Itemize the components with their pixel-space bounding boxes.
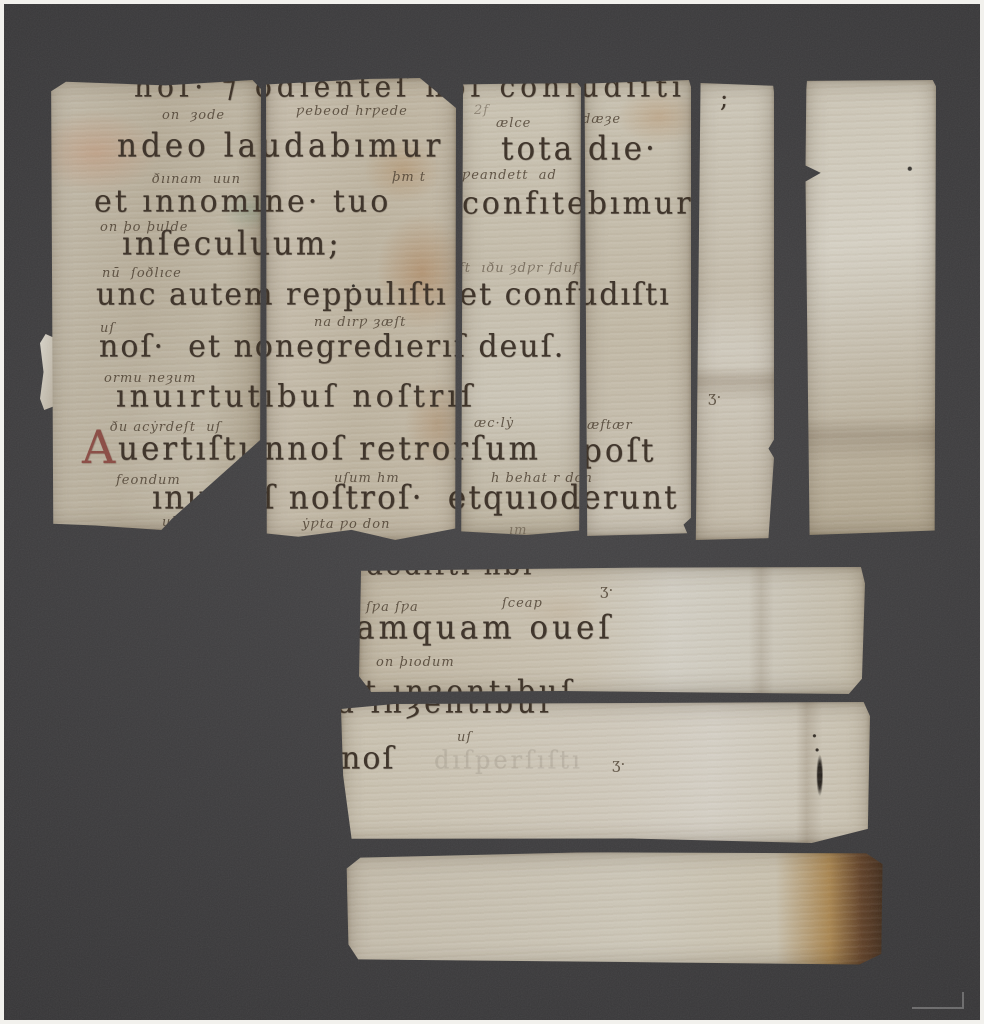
latin-psalter-text: unc autem reppulıſtı et confudıſtı [96, 278, 261, 311]
latin-psalter-text: ınımıoſ noſtroſ· etquıoderunt [584, 481, 679, 515]
latin-psalter-text: unc autem reppulıſtı et confudıſtı [584, 278, 671, 311]
latin-psalter-text: ınuırtutıbuſ noſtrıſ [116, 380, 261, 413]
latin-psalter-text: ınſeculuum; [122, 227, 261, 261]
old-english-gloss-text: æc·lẏ [474, 416, 514, 431]
latin-psalter-text: a ınȝentıbuſ [341, 702, 553, 718]
punctuation-mark: ʒ· [612, 755, 625, 773]
latin-psalter-text: amquam oueſ [359, 611, 614, 645]
latin-psalter-text: noſ· ⁊ odıenteſ noſ confudıſtı [460, 83, 581, 102]
old-english-gloss-text: ƿeandett ad [462, 168, 557, 183]
latin-psalter-text: uertıſtı nnoſ retrorſum [460, 432, 541, 466]
latin-psalter-text: uertıſtı nnoſ retrorſum [118, 432, 261, 466]
latin-psalter-text: poſt [584, 434, 656, 468]
background-board: noſ· ⁊ odıenteſ noſ confudıſtı;on ȝodeƿe… [4, 4, 980, 1020]
punctuation-mark: ʒ· [708, 388, 721, 406]
parchment-fragment-vertical-strip-3: noſ· ⁊ odıenteſ noſ confudıſtı;on ȝodeƿe… [460, 83, 581, 535]
latin-psalter-text: noſ· et nonegredıerıſ deuſ. [266, 330, 456, 363]
old-english-gloss-text: ım [509, 523, 528, 535]
old-english-gloss-text: on ȝode [162, 108, 225, 123]
old-english-gloss-text: dæȝe [584, 112, 621, 127]
latin-psalter-text: noſ· et nonegredıerıſ deuſ. [460, 330, 565, 363]
latin-psalter-text: ınımıoſ noſtroſ· etquıoderunt [460, 481, 581, 515]
latin-psalter-text: et ınnomıne· tuo [266, 185, 391, 218]
old-english-gloss-text: uþ [162, 515, 181, 530]
parchment-curl-flap [40, 334, 54, 410]
old-english-gloss-text: ælce [496, 116, 531, 131]
old-english-gloss-text: æftær [587, 418, 633, 433]
old-english-gloss-text: ft ıðu ȝdƿr fduft [584, 261, 585, 276]
latin-psalter-text: unc autem reppulıſtı et confudıſtı [460, 278, 581, 311]
latin-psalter-text: ndeo laudabımur [266, 129, 444, 163]
old-english-gloss-text: on þıodum [376, 655, 455, 670]
latin-psalter-text: ınuırtutıbuſ noſtrıſ [266, 380, 456, 413]
corner-registration-mark [912, 992, 964, 1009]
latin-psalter-text: confıtebımur [584, 187, 691, 220]
latin-psalter-text: tota dıe· [584, 132, 658, 166]
parchment-fragment-vertical-strip-4: noſ· ⁊ odıenteſ noſ confudıſtı;on ȝodeƿe… [584, 80, 691, 536]
latin-psalter-text: uertıſtı nnoſ retrorſum [266, 432, 456, 466]
old-english-gloss-text: ƿebeod hrƿede [296, 104, 408, 119]
latin-psalter-text: tota dıe· [501, 132, 581, 166]
latin-psalter-text: confıtebımur [462, 187, 581, 220]
latin-psalter-text: et ınnomıne· tuo [94, 185, 261, 218]
parchment-fragment-horizontal-strip-3 [346, 849, 883, 970]
latin-psalter-text: noſ· ⁊ odıenteſ noſ confudıſtı [266, 78, 456, 102]
latin-psalter-text: et ınȝentıbuſ [359, 675, 575, 694]
parchment-fragment-horizontal-strip-1: dedıſtı nbı·ʒ·ſƿa ſƿaſceapamquam oueſon … [359, 567, 865, 694]
rubric-initial: A [82, 424, 115, 470]
latin-psalter-text: ınuırtutıbuſ noſtrıſ [460, 380, 476, 413]
latin-psalter-text: ınımıoſ noſtroſ· etquıoderunt [152, 481, 261, 515]
latin-psalter-text: dedıſtı nbı· [366, 567, 546, 581]
punctuation-mark: ʒ· [600, 581, 613, 599]
latin-psalter-text: ınımıoſ noſtroſ· etquıoderunt [266, 481, 456, 515]
parchment-fragment-vertical-strip-6: noſ· ⁊ odıenteſ noſ confudıſtı;on ȝodeƿe… [805, 80, 936, 535]
parchment-fragment-vertical-strip-2: noſ· ⁊ odıenteſ noſ confudıſtı;on ȝodeƿe… [266, 78, 456, 540]
parchment-fragment-vertical-strip-1: noſ· ⁊ odıenteſ noſ confudıſtı;on ȝodeƿe… [49, 80, 261, 530]
latin-psalter-text: unc autem reppulıſtı et confudıſtı [266, 278, 456, 311]
old-english-gloss-text: ft ıðu ȝdƿr fduft [460, 261, 581, 276]
manuscript-photo-scene: mm noſ· ⁊ odıenteſ noſ confudıſtı;on ȝod… [0, 0, 984, 1024]
parchment-fragment-vertical-strip-5: noſ· ⁊ odıenteſ noſ confudıſtı;on ȝodeƿe… [695, 83, 774, 540]
latin-psalter-text: dıſperſıſtı [434, 747, 583, 773]
latin-psalter-text: ndeo laudabımur [117, 129, 261, 163]
old-english-gloss-text: 2f [474, 103, 489, 118]
latin-psalter-text: noſ· et nonegredıerıſ deuſ. [99, 330, 261, 363]
old-english-gloss-text: þm t [392, 170, 426, 185]
latin-psalter-text: noſ [341, 742, 396, 775]
latin-psalter-text: noſ· ⁊ odıenteſ noſ confudıſtı [584, 80, 686, 102]
old-english-gloss-text: ẏƿta ƿo don [302, 517, 390, 532]
old-english-gloss-text: uſ [457, 730, 472, 745]
latin-psalter-text: noſ· ⁊ odıenteſ noſ confudıſtı [134, 80, 261, 102]
latin-psalter-text: ınſeculuum; [266, 227, 342, 261]
parchment-fragment-horizontal-strip-2: a ınȝentıbuſuſnoſdıſperſıſtıʒ· [341, 702, 870, 843]
latin-psalter-text: ; [720, 85, 728, 111]
